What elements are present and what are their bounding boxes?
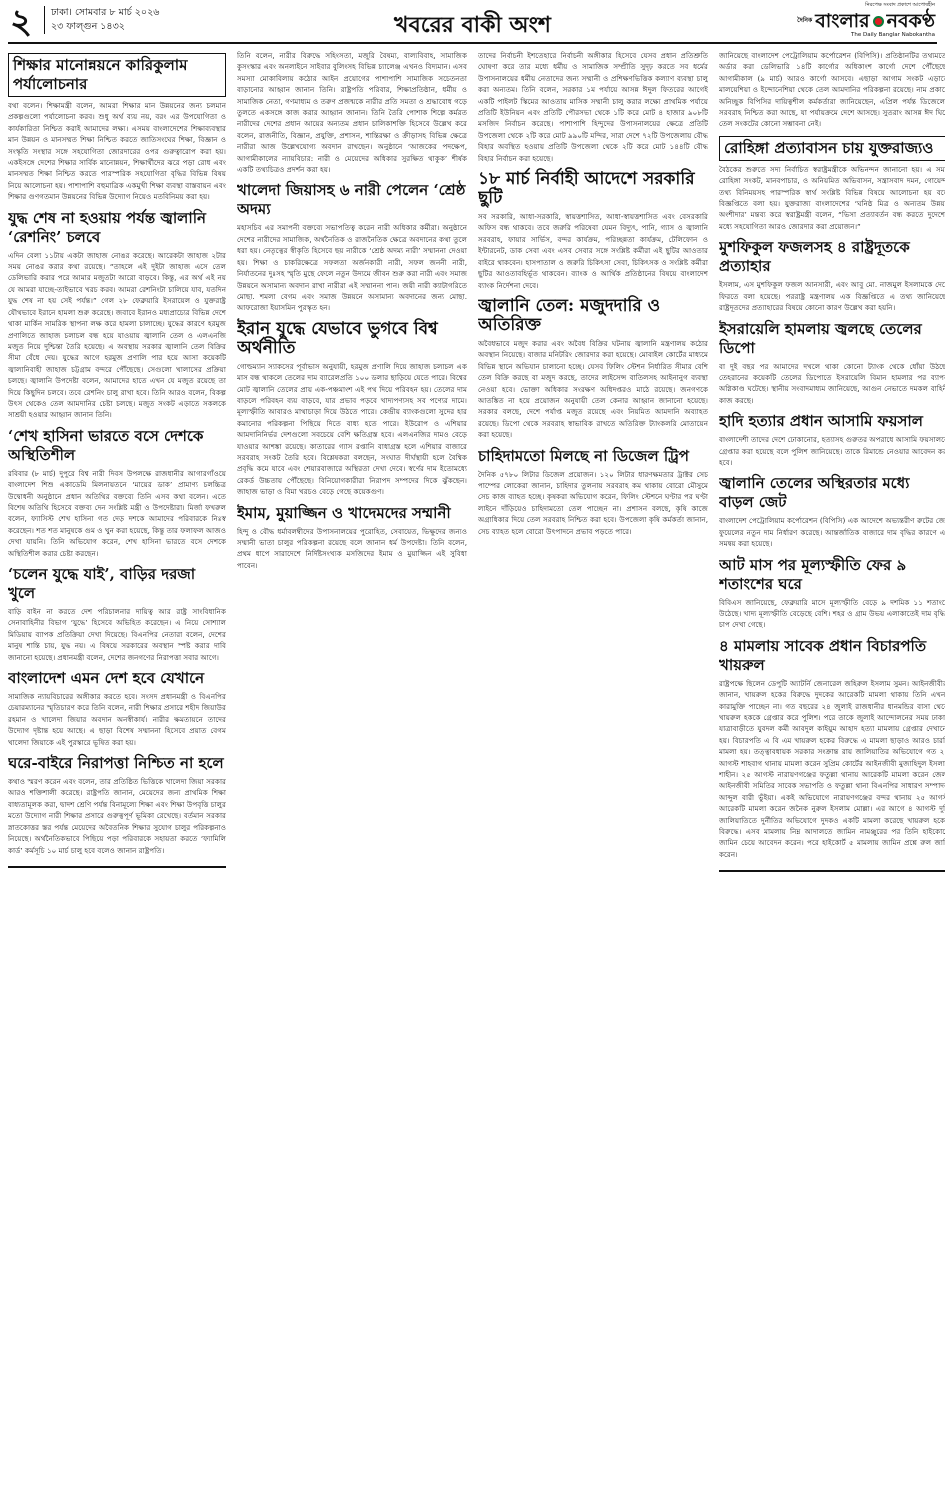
news-story: ৪ মামলায় সাবেক প্রধান বিচারপতি খায়রুল … [719, 637, 945, 873]
column-4: জানিয়েছে বাংলাদেশ পেট্রোলিয়াম কর্পোরেশ… [719, 50, 945, 1485]
story-headline[interactable]: খালেদা জিয়াসহ ৬ নারী পেলেন ‘শ্রেষ্ঠ অদম… [237, 181, 467, 219]
column-1: শিক্ষার মানোন্নয়নে কারিকুলাম পর্যালোচনা… [8, 50, 226, 1485]
masthead-rule [8, 42, 937, 44]
story-body: বাংলাদেশ পেট্রোলিয়াম কর্পোরেশন (বিপিসি)… [719, 515, 945, 549]
story-body: তাদের নির্বাচনী ইশতেহারে নির্বাচনী অঙ্গী… [478, 50, 708, 164]
story-headline[interactable]: ১৮ মার্চ নির্বাহী আদেশে সরকারি ছুটি [478, 170, 708, 208]
story-body: বথা বলেন। শিক্ষামন্ত্রী বলেন, আমরা শিক্ষ… [8, 100, 226, 203]
column-2: তিনি বলেন, নারীর বিরুদ্ধে সহিংসতা, মজুরি… [237, 50, 467, 1485]
logo-wordmark: দৈনিক বাংলার নবকণ্ঠ [797, 10, 935, 32]
end-rule [719, 870, 945, 872]
news-story: ‘চলেন যুদ্ধে যাই’, বাড়ির দরজা খুলে বাড়… [8, 565, 226, 663]
column-3: তাদের নির্বাচনী ইশতেহারে নির্বাচনী অঙ্গী… [478, 50, 708, 1485]
story-body: বা দুই বছর পর আমাদের দখলে থাকা কোনো ট্যা… [719, 361, 945, 407]
news-story: যুদ্ধ শেষ না হওয়ায় পর্যন্ত জ্বালানি ‘র… [8, 209, 226, 421]
story-body: দৈনিক ৫৭৮০ লিটার ডিজেল প্রয়োজন। ১২০ লিট… [478, 469, 708, 537]
news-columns: শিক্ষার মানোন্নয়নে কারিকুলাম পর্যালোচনা… [8, 50, 937, 1485]
story-headline[interactable]: ইমাম, মুয়াজ্জিন ও খাদেমদের সম্মানী [237, 504, 467, 523]
story-body: মহাসচিব এর সমাপনী বক্তব্যে সভাপতিত্ব করে… [237, 222, 467, 313]
story-headline[interactable]: মুশফিকুল ফজলসহ ৪ রাষ্ট্রদূতকে প্রত্যাহার [719, 238, 945, 276]
news-story: ইরান যুদ্ধে যেভাবে ভুগবে বিশ্ব অর্থনীতি … [237, 320, 467, 498]
story-headline[interactable]: আট মাস পর মূল্যস্ফীতি ফের ৯ শতাংশের ঘরে [719, 556, 945, 594]
logo-name-left: বাংলার [815, 10, 869, 32]
logo-english: The Daily Banglar Nabokantha [797, 32, 935, 38]
news-story: ঘরে-বাইরে নিরাপত্তা নিশ্চিত না হলে কথাও … [8, 754, 226, 868]
story-body: গোল্ডম্যান স্যাকসের পূর্বাভাস অনুযায়ী, … [237, 361, 467, 498]
story-headline[interactable]: রোহিঙ্গা প্রত্যাবাসন চায় যুক্তরাজ্যও [719, 136, 945, 161]
story-body: জানিয়েছে বাংলাদেশ পেট্রোলিয়াম কর্পোরেশ… [719, 50, 945, 130]
story-body: এদিন বেলা ১১টায় একটা জাহাজ নোঙর করেছে। … [8, 250, 226, 421]
logo-tagline: নিরপেক্ষ সংবাদ প্রকাশে আপোষহীন [797, 2, 935, 10]
news-story: শিক্ষার মানোন্নয়নে কারিকুলাম পর্যালোচনা… [8, 53, 226, 203]
story-headline[interactable]: ৪ মামলায় সাবেক প্রধান বিচারপতি খায়রুল [719, 637, 945, 675]
story-body: বিবিএস জানিয়েছে, ফেব্রুয়ারি মাসে মূল্য… [719, 597, 945, 631]
story-headline[interactable]: ইসরায়েলি হামলায় জ্বলছে তেলের ডিপো [719, 320, 945, 358]
news-story: চাহিদামতো মিলছে না ডিজেল ট্রিপ দৈনিক ৫৭৮… [478, 447, 708, 537]
end-rule [8, 866, 226, 868]
news-story: মুশফিকুল ফজলসহ ৪ রাষ্ট্রদূতকে প্রত্যাহার… [719, 238, 945, 313]
logo-prefix: দৈনিক [797, 10, 812, 32]
story-body: বাংলাদেশী তাদের দেশে ঢোকানোর, হত্যাসহ গু… [719, 434, 945, 468]
story-headline[interactable]: চাহিদামতো মিলছে না ডিজেল ট্রিপ [478, 447, 708, 466]
story-body: রবিবার (৮ মার্চ) দুপুরে বিশ্ব নারী দিবস … [8, 468, 226, 559]
masthead: ২ ঢাকা। সোমবার ৮ মার্চ ২০২৬ ২৩ ফাল্গুন ১… [8, 2, 937, 42]
news-story: আট মাস পর মূল্যস্ফীতি ফের ৯ শতাংশের ঘরে … [719, 556, 945, 631]
news-story: ‘শেখ হাসিনা ভারতে বসে দেশকে অস্থিতিশীল র… [8, 427, 226, 559]
story-headline[interactable]: জ্বালানি তেল: মজুদদারি ও অতিরিক্ত [478, 297, 708, 335]
story-headline[interactable]: ইরান যুদ্ধে যেভাবে ভুগবে বিশ্ব অর্থনীতি [237, 320, 467, 358]
story-headline[interactable]: ‘শেখ হাসিনা ভারতে বসে দেশকে অস্থিতিশীল [8, 427, 226, 465]
story-headline[interactable]: বাংলাদেশ এমন দেশ হবে যেখানে [8, 669, 226, 688]
story-body: রাষ্ট্রপক্ষে ছিলেন ডেপুটি অ্যাটর্নি জেনা… [719, 678, 945, 861]
news-story: জ্বালানি তেলের অস্থিরতার মধ্যে বাড়ল জেট… [719, 474, 945, 549]
news-story: জ্বালানি তেল: মজুদদারি ও অতিরিক্ত অবৈধভা… [478, 297, 708, 441]
news-story: রোহিঙ্গা প্রত্যাবাসন চায় যুক্তরাজ্যও বৈ… [719, 136, 945, 232]
story-headline[interactable]: ঘরে-বাইরে নিরাপত্তা নিশ্চিত না হলে [8, 754, 226, 773]
story-body: বৈঠকের শুরুতে সদ্য নির্বাচিত স্বরাষ্ট্রম… [719, 164, 945, 232]
story-body: কথাও স্মরণ করেন এবং বলেন, তার প্রতিষ্ঠিত… [8, 776, 226, 856]
story-body: সামাজিক ন্যায়বিচারের অঙ্গীকার করতে হবে।… [8, 691, 226, 748]
news-story: জানিয়েছে বাংলাদেশ পেট্রোলিয়াম কর্পোরেশ… [719, 50, 945, 130]
news-story: তাদের নির্বাচনী ইশতেহারে নির্বাচনী অঙ্গী… [478, 50, 708, 164]
story-body: তিনি বলেন, নারীর বিরুদ্ধে সহিংসতা, মজুরি… [237, 50, 467, 175]
flag-dot-icon [873, 16, 884, 27]
story-headline[interactable]: জ্বালানি তেলের অস্থিরতার মধ্যে বাড়ল জেট [719, 474, 945, 512]
newspaper-logo[interactable]: নিরপেক্ষ সংবাদ প্রকাশে আপোষহীন দৈনিক বাং… [797, 2, 935, 38]
story-body: সব সরকারি, আধা-সরকারি, স্বায়ত্তশাসিত, আ… [478, 211, 708, 291]
news-story: ইসরায়েলি হামলায় জ্বলছে তেলের ডিপো বা দ… [719, 320, 945, 407]
story-body: ইসলাম, এস মুশফিকুল ফজল আনসারী, এবং আবু ম… [719, 279, 945, 313]
story-headline[interactable]: যুদ্ধ শেষ না হওয়ায় পর্যন্ত জ্বালানি ‘র… [8, 209, 226, 247]
story-headline[interactable]: শিক্ষার মানোন্নয়নে কারিকুলাম পর্যালোচনা… [8, 53, 226, 97]
news-story: ১৮ মার্চ নির্বাহী আদেশে সরকারি ছুটি সব স… [478, 170, 708, 291]
logo-name-right: নবকণ্ঠ [887, 10, 935, 32]
story-body: হিন্দু ও বৌদ্ধ ধর্মাবলম্বীদের উপাসনালয়ে… [237, 526, 467, 572]
news-story: খালেদা জিয়াসহ ৬ নারী পেলেন ‘শ্রেষ্ঠ অদম… [237, 181, 467, 313]
story-headline[interactable]: হাদি হত্যার প্রধান আসামি ফয়সাল [719, 412, 945, 431]
story-body: বাড়ি বাইন না করতে দেশ পরিচালনার দায়িত্… [8, 606, 226, 663]
news-story: হাদি হত্যার প্রধান আসামি ফয়সাল বাংলাদেশ… [719, 412, 945, 468]
story-headline[interactable]: ‘চলেন যুদ্ধে যাই’, বাড়ির দরজা খুলে [8, 565, 226, 603]
news-story: তিনি বলেন, নারীর বিরুদ্ধে সহিংসতা, মজুরি… [237, 50, 467, 175]
news-story: ইমাম, মুয়াজ্জিন ও খাদেমদের সম্মানী হিন্… [237, 504, 467, 572]
news-story: বাংলাদেশ এমন দেশ হবে যেখানে সামাজিক ন্যা… [8, 669, 226, 748]
story-body: অবৈধভাবে মজুদ করার এবং অবৈধ বিক্রির ঘটনা… [478, 338, 708, 441]
